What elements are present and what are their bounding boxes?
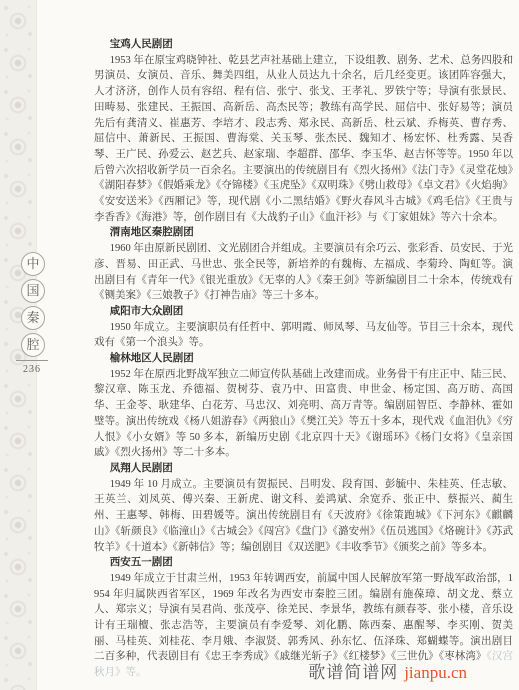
section-text: 1949 年成立于甘肃兰州，1953 年转调西安，前属中国人民解放军第一野战军政… [94, 573, 513, 663]
page-number: 236 [12, 364, 52, 375]
troupe-section: 凤翔人民剧团 1949 年 10 月成立。主要演员有贺振民、吕明发、段育国、彭毓… [94, 461, 513, 555]
page-number-block: 236 [12, 360, 52, 375]
section-paragraph: 1960 年由原新民剧团、文光剧团合并组成。主要演员有余巧云、张彩香、员安民、于… [94, 241, 513, 304]
troupe-section: 榆林地区人民剧团 1952 年在原西北野战军独立二师宣传队基础上改建而成。业务骨… [94, 351, 513, 461]
section-text: 1949 年 10 月成立。主要演员有贺振民、吕明发、段育国、彭毓中、朱桂英、任… [94, 479, 513, 553]
book-title-seals: 中 国 秦 腔 [21, 252, 45, 357]
section-text: 1960 年由原新民剧团、文光剧团合并组成。主要演员有余巧云、张彩香、员安民、于… [94, 243, 513, 301]
section-heading: 宝鸡人民剧团 [94, 37, 513, 53]
section-heading: 咸阳市大众剧团 [94, 304, 513, 320]
watermark: 歌谱简谱网jianpu.cn [308, 658, 467, 683]
page-number-divider [16, 360, 48, 361]
section-paragraph: 1950 年成立。主要演职员有任哲中、郭明霞、师凤琴、马友仙等。节目三十余本，现… [94, 320, 513, 351]
section-heading: 榆林地区人民剧团 [94, 351, 513, 367]
section-paragraph: 1952 年在原西北野战军独立二师宣传队基础上改建而成。业务骨干有庄正中、陆三民… [94, 367, 513, 461]
seal-char: 中 [21, 252, 45, 276]
troupe-section: 咸阳市大众剧团 1950 年成立。主要演职员有任哲中、郭明霞、师凤琴、马友仙等。… [94, 304, 513, 351]
section-heading: 西安五一剧团 [94, 555, 513, 571]
watermark-site-name: 歌谱简谱网 [308, 663, 398, 682]
section-text: 1950 年成立。主要演职员有任哲中、郭明霞、师凤琴、马友仙等。节目三十余本，现… [94, 322, 513, 349]
section-paragraph: 1953 年在原宝鸡晓钟社、乾县艺声社基础上建立，下设组教、剧务、艺术、总务四股… [94, 53, 513, 226]
section-text: 1952 年在原西北野战军独立二师宣传队基础上改建而成。业务骨干有庄正中、陆三民… [94, 369, 513, 459]
troupe-section: 渭南地区秦腔剧团 1960 年由原新民剧团、文光剧团合并组成。主要演员有余巧云、… [94, 225, 513, 304]
watermark-site-url: jianpu.cn [404, 663, 467, 682]
page-content: 宝鸡人民剧团 1953 年在原宝鸡晓钟社、乾县艺声社基础上建立，下设组教、剧务、… [94, 37, 513, 681]
section-heading: 渭南地区秦腔剧团 [94, 225, 513, 241]
section-heading: 凤翔人民剧团 [94, 461, 513, 477]
book-page: 中 国 秦 腔 236 宝鸡人民剧团 1953 年在原宝鸡晓钟社、乾县艺声社基础… [0, 0, 519, 690]
seal-char: 腔 [21, 333, 45, 357]
section-paragraph: 1949 年 10 月成立。主要演员有贺振民、吕明发、段育国、彭毓中、朱桂英、任… [94, 477, 513, 556]
page-margin-column: 中 国 秦 腔 236 [0, 0, 60, 690]
seal-char: 国 [21, 279, 45, 303]
section-text: 1953 年在原宝鸡晓钟社、乾县艺声社基础上建立，下设组教、剧务、艺术、总务四股… [94, 55, 513, 223]
seal-char: 秦 [21, 306, 45, 330]
troupe-section: 宝鸡人民剧团 1953 年在原宝鸡晓钟社、乾县艺声社基础上建立，下设组教、剧务、… [94, 37, 513, 225]
